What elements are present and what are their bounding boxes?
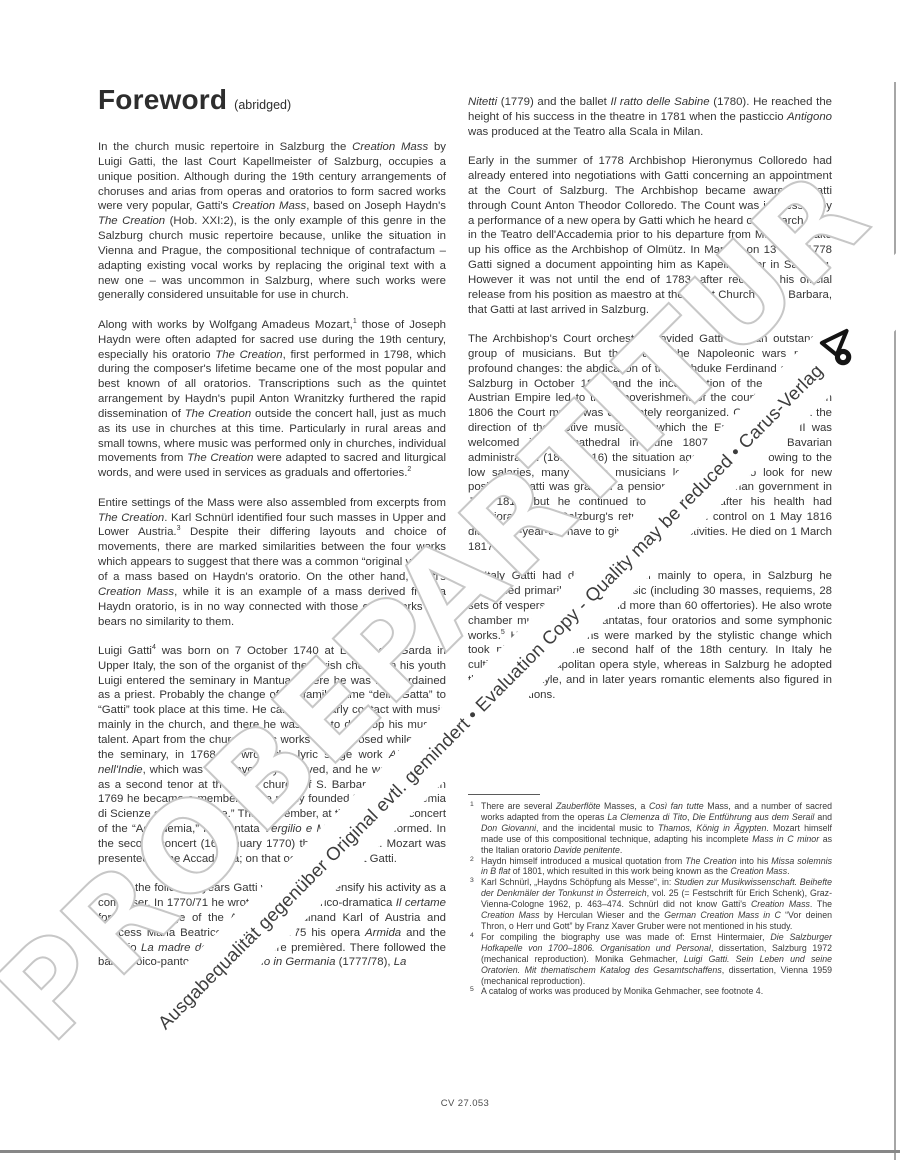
paragraph: The Archbishop's Court orchestra provide… bbox=[468, 332, 832, 555]
paragraph: During the following years Gatti was abl… bbox=[98, 881, 446, 970]
document-page: Foreword(abridged) In the church music r… bbox=[0, 0, 900, 1160]
footer-page-number: 4 bbox=[97, 1094, 103, 1106]
footnote-number: 3 bbox=[470, 876, 474, 887]
footnote-list: 1There are several Zauberflöte Masses, a… bbox=[468, 801, 832, 997]
footnote-separator bbox=[468, 794, 540, 795]
right-column: Nitetti (1779) and the ballet Il ratto d… bbox=[468, 95, 832, 717]
paragraph: Luigi Gatti4 was born on 7 October 1740 … bbox=[98, 644, 446, 867]
footnotes-block: 1There are several Zauberflöte Masses, a… bbox=[468, 794, 832, 997]
paragraph: In Italy Gatti had devoted himself mainl… bbox=[468, 569, 832, 703]
footnote-number: 5 bbox=[470, 985, 474, 996]
paragraph: In the church music repertoire in Salzbu… bbox=[98, 140, 446, 303]
scan-edge-bottom bbox=[0, 1150, 900, 1153]
page-title-suffix: (abridged) bbox=[234, 98, 291, 112]
paragraph: Along with works by Wolfgang Amadeus Moz… bbox=[98, 318, 446, 481]
footnote: 5A catalog of works was produced by Moni… bbox=[468, 986, 832, 997]
footer-catalog-number: CV 27.053 bbox=[365, 1098, 565, 1109]
footnote-number: 1 bbox=[470, 800, 474, 811]
footnote: 2Haydn himself introduced a musical quot… bbox=[468, 856, 832, 878]
footnote-number: 4 bbox=[470, 931, 474, 942]
paragraph: Entire settings of the Mass were also as… bbox=[98, 496, 446, 630]
paragraph: Nitetti (1779) and the ballet Il ratto d… bbox=[468, 95, 832, 140]
page-heading-row: Foreword(abridged) bbox=[98, 84, 291, 116]
footnote-number: 2 bbox=[470, 855, 474, 866]
scan-edge-right bbox=[894, 82, 896, 1160]
left-column: In the church music repertoire in Salzbu… bbox=[98, 140, 446, 985]
page-title: Foreword bbox=[98, 84, 227, 115]
footnote: 1There are several Zauberflöte Masses, a… bbox=[468, 801, 832, 856]
paragraph: Early in the summer of 1778 Archbishop H… bbox=[468, 154, 832, 317]
footnote: 3Karl Schnürl, „Haydns Schöpfung als Mes… bbox=[468, 877, 832, 932]
footnote: 4For compiling the biography use was mad… bbox=[468, 932, 832, 987]
